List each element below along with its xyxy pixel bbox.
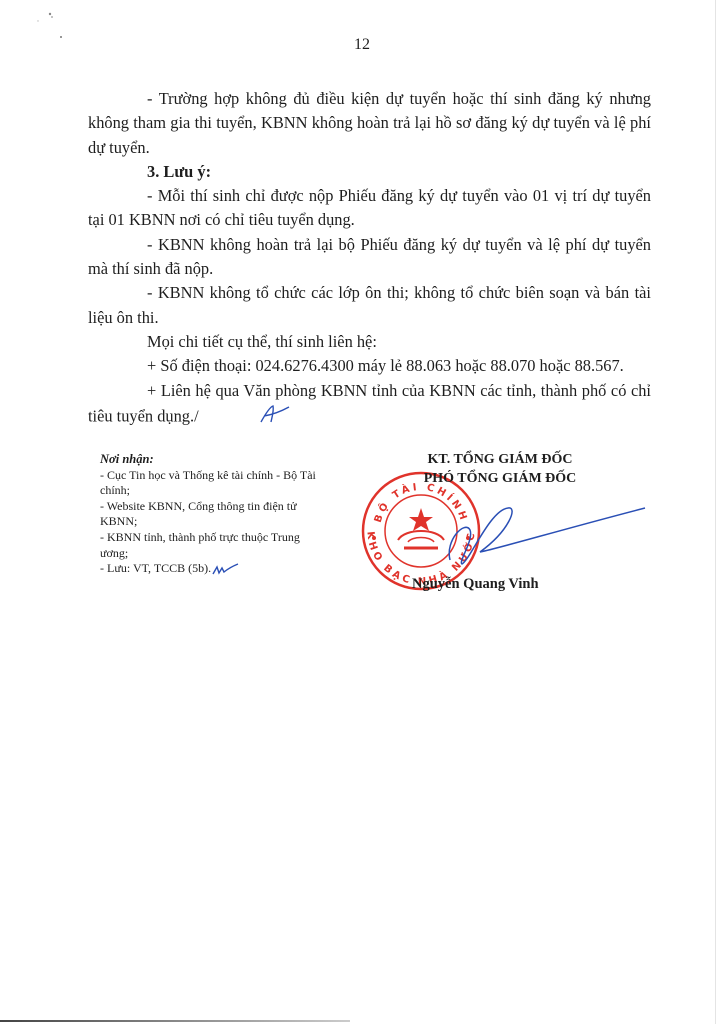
scan-bottom-edge [0, 1020, 350, 1022]
initials-mark-icon [199, 403, 292, 432]
signature-block: KT. TỔNG GIÁM ĐỐC PHÓ TỔNG GIÁM ĐỐC [360, 450, 640, 488]
recipients-block: Nơi nhận: - Cục Tin học và Thống kê tài … [100, 452, 330, 577]
recipients-title: Nơi nhận: [100, 452, 330, 468]
document-body: - Trường hợp không đủ điều kiện dự tuyển… [88, 87, 651, 432]
scan-edge [715, 0, 716, 1024]
signature-authority: KT. TỔNG GIÁM ĐỐC [360, 450, 640, 469]
recipient-item: - Website KBNN, Cổng thông tin điện tử K… [100, 499, 330, 530]
recipient-item: - Cục Tin học và Thống kê tài chính - Bộ… [100, 468, 330, 499]
initials-mark-icon [211, 562, 239, 576]
recipient-item: - Lưu: VT, TCCB (5b). [100, 561, 330, 577]
paragraph-single-application: - Mỗi thí sinh chỉ được nộp Phiếu đăng k… [88, 184, 651, 233]
paragraph-no-refund-form: - KBNN không hoàn trả lại bộ Phiếu đăng … [88, 233, 651, 282]
signature-title: PHÓ TỔNG GIÁM ĐỐC [360, 469, 640, 488]
handwritten-signature-icon [440, 500, 650, 570]
recipient-item: - KBNN tỉnh, thành phố trực thuộc Trung … [100, 530, 330, 561]
paragraph-refund-policy: - Trường hợp không đủ điều kiện dự tuyển… [88, 87, 651, 160]
paragraph-office-contact: + Liên hệ qua Văn phòng KBNN tỉnh của KB… [88, 379, 651, 433]
paragraph-contact-intro: Mọi chi tiết cụ thể, thí sinh liên hệ: [88, 330, 651, 354]
paragraph-no-prep-classes: - KBNN không tổ chức các lớp ôn thi; khô… [88, 281, 651, 330]
signer-name: Nguyễn Quang Vinh [412, 576, 539, 593]
office-contact-text: + Liên hệ qua Văn phòng KBNN tỉnh của KB… [88, 381, 651, 426]
paragraph-phone: + Số điện thoại: 024.6276.4300 máy lẻ 88… [88, 354, 651, 378]
section-heading-notes: 3. Lưu ý: [88, 160, 651, 184]
page-number: 12 [0, 36, 724, 54]
